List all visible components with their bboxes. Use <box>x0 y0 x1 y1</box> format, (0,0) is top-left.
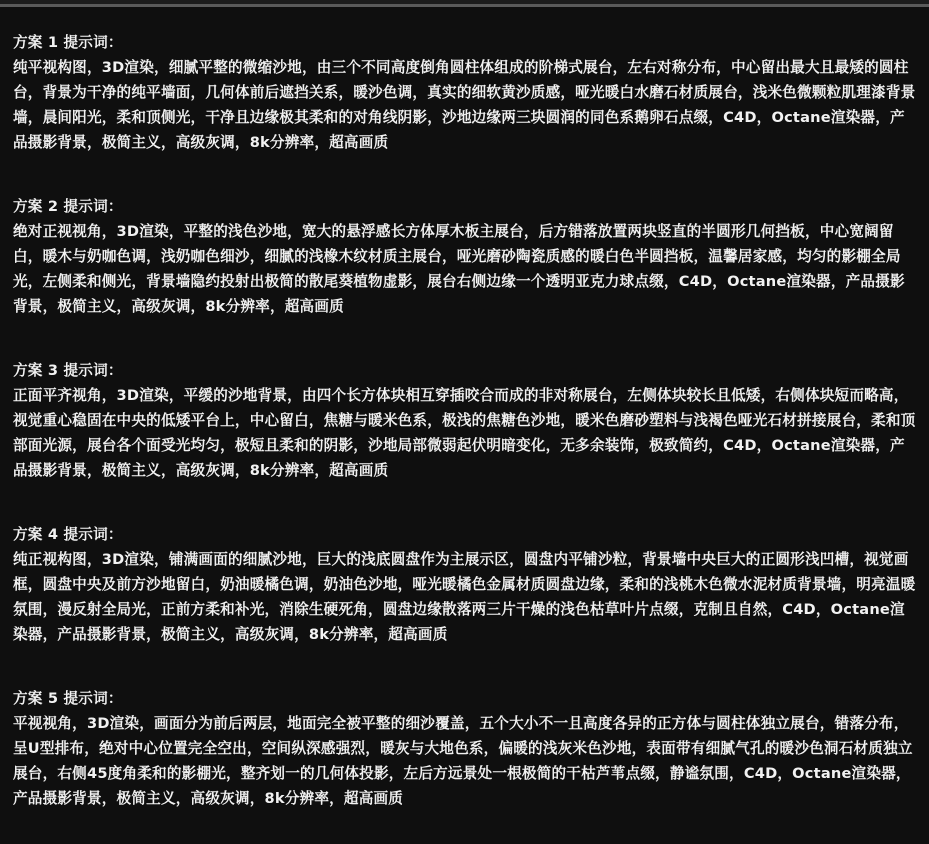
prompt-heading: 方案 5 提示词： <box>13 686 919 711</box>
prompt-text: 纯正视构图，3D渲染，铺满画面的细腻沙地，巨大的浅底圆盘作为主展示区，圆盘内平铺… <box>13 547 919 647</box>
prompt-heading: 方案 1 提示词： <box>13 30 919 55</box>
prompt-block-2: 方案 2 提示词： 绝对正视视角，3D渲染，平整的浅色沙地，宽大的悬浮感长方体厚… <box>13 194 919 344</box>
prompt-block-1: 方案 1 提示词： 纯平视构图，3D渲染，细腻平整的微缩沙地，由三个不同高度倒角… <box>13 30 919 180</box>
prompt-block-3: 方案 3 提示词： 正面平齐视角，3D渲染，平缓的沙地背景，由四个长方体块相互穿… <box>13 358 919 508</box>
prompt-heading: 方案 3 提示词： <box>13 358 919 383</box>
prompt-text: 纯平视构图，3D渲染，细腻平整的微缩沙地，由三个不同高度倒角圆柱体组成的阶梯式展… <box>13 55 919 155</box>
prompt-block-5: 方案 5 提示词： 平视视角，3D渲染，画面分为前后两层，地面完全被平整的细沙覆… <box>13 686 919 836</box>
prompt-heading: 方案 4 提示词： <box>13 522 919 547</box>
prompt-text: 正面平齐视角，3D渲染，平缓的沙地背景，由四个长方体块相互穿插咬合而成的非对称展… <box>13 383 919 483</box>
top-divider <box>0 4 929 7</box>
prompt-text: 平视视角，3D渲染，画面分为前后两层，地面完全被平整的细沙覆盖，五个大小不一且高… <box>13 711 919 811</box>
prompt-heading: 方案 2 提示词： <box>13 194 919 219</box>
prompt-text: 绝对正视视角，3D渲染，平整的浅色沙地，宽大的悬浮感长方体厚木板主展台，后方错落… <box>13 219 919 319</box>
prompt-document: 方案 1 提示词： 纯平视构图，3D渲染，细腻平整的微缩沙地，由三个不同高度倒角… <box>13 30 919 844</box>
prompt-block-4: 方案 4 提示词： 纯正视构图，3D渲染，铺满画面的细腻沙地，巨大的浅底圆盘作为… <box>13 522 919 672</box>
